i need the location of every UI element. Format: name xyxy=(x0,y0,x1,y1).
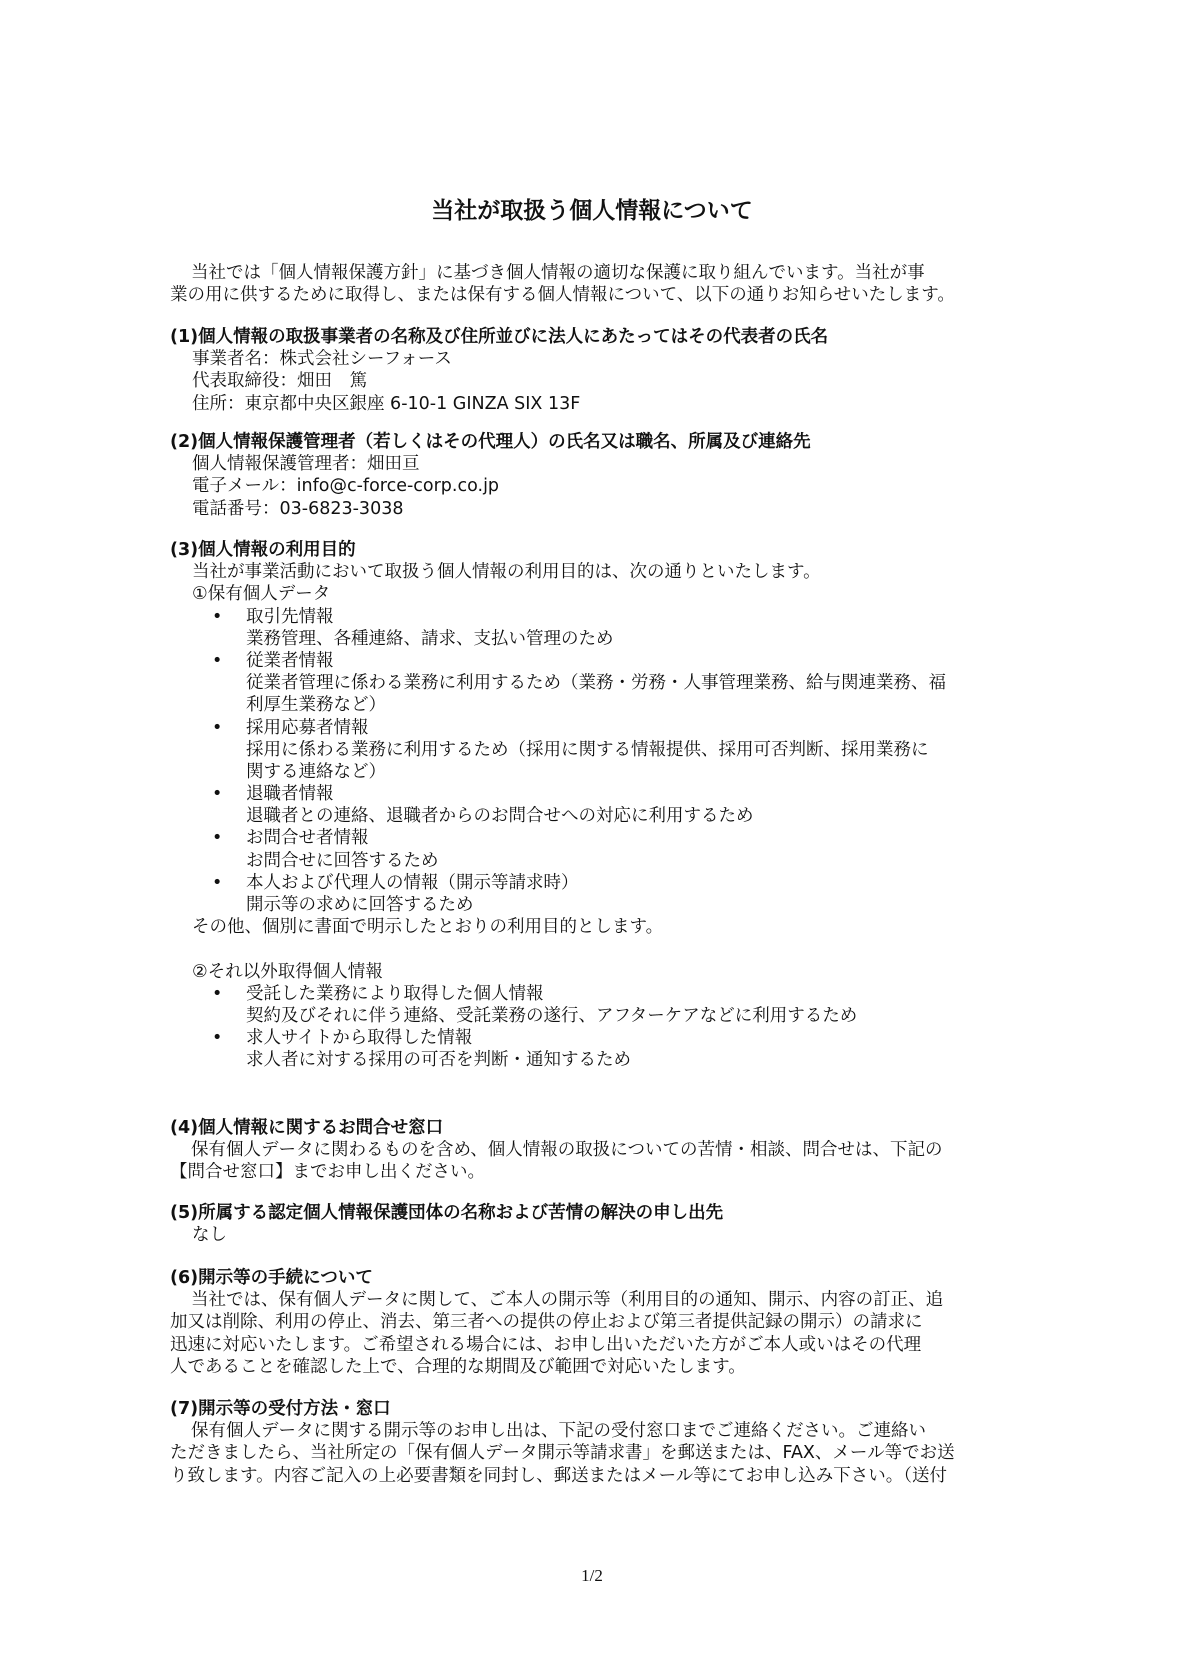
page-title: 当社が取扱う個人情報について xyxy=(0,196,1184,226)
paragraph-line: 当社では、保有個人データに関して、ご本人の開示等（利用目的の通知、開示、内容の訂… xyxy=(170,1289,1020,1311)
list-item-title: 取引先情報 xyxy=(246,607,334,627)
list-item-desc: 業務管理、各種連絡、請求、支払い管理のため xyxy=(170,628,1020,650)
subsection-label: ①保有個人データ xyxy=(170,583,1020,605)
section-heading: (3)個人情報の利用目的 xyxy=(170,539,1020,561)
intro-paragraph: 当社では「個人情報保護方針」に基づき個人情報の適切な保護に取り組んでいます。当社… xyxy=(170,262,1020,306)
list-item-desc: 採用に係わる業務に利用するため（採用に関する情報提供、採用可否判断、採用業務に xyxy=(170,739,1020,761)
list-item-title: 退職者情報 xyxy=(246,784,334,804)
section-heading: (2)個人情報保護管理者（若しくはその代理人）の氏名又は職名、所属及び連絡先 xyxy=(170,431,1020,453)
phone-number: 電話番号：03-6823-3038 xyxy=(170,498,1020,520)
list-item: •受託した業務により取得した個人情報 xyxy=(170,983,1020,1005)
paragraph-line: 人であることを確認した上で、合理的な期間及び範囲で対応いたします。 xyxy=(170,1356,1020,1378)
list-item: •本人および代理人の情報（開示等請求時） xyxy=(170,872,1020,894)
intro-line: 業の用に供するために取得し、または保有する個人情報について、以下の通りお知らせい… xyxy=(170,284,1020,306)
paragraph-line: 保有個人データに関わるものを含め、個人情報の取扱についての苦情・相談、問合せは、… xyxy=(170,1139,1020,1161)
intro-line: 当社では「個人情報保護方針」に基づき個人情報の適切な保護に取り組んでいます。当社… xyxy=(170,262,1020,284)
bullet-icon: • xyxy=(212,872,222,894)
section-heading: (4)個人情報に関するお問合せ窓口 xyxy=(170,1117,1020,1139)
section-3: (3)個人情報の利用目的 当社が事業活動において取扱う個人情報の利用目的は、次の… xyxy=(170,539,1020,1072)
list-item: •お問合せ者情報 xyxy=(170,827,1020,849)
list-item-desc: 開示等の求めに回答するため xyxy=(170,894,1020,916)
bullet-icon: • xyxy=(212,983,222,1005)
list-item-desc: 関する連絡など） xyxy=(170,761,1020,783)
list-item-desc: 退職者との連絡、退職者からのお問合せへの対応に利用するため xyxy=(170,805,1020,827)
list-item: •退職者情報 xyxy=(170,783,1020,805)
purpose-note: その他、個別に書面で明示したとおりの利用目的とします。 xyxy=(170,916,1020,938)
section-heading: (5)所属する認定個人情報保護団体の名称および苦情の解決の申し出先 xyxy=(170,1202,1020,1224)
list-item-desc: お問合せに回答するため xyxy=(170,850,1020,872)
paragraph-line: 保有個人データに関する開示等のお申し出は、下記の受付窓口までご連絡ください。ご連… xyxy=(170,1420,1020,1442)
paragraph-line: り致します。内容ご記入の上必要書類を同封し、郵送またはメール等にてお申し込み下さ… xyxy=(170,1465,1020,1487)
list-item-title: 受託した業務により取得した個人情報 xyxy=(246,984,544,1004)
list-item: •取引先情報 xyxy=(170,606,1020,628)
bullet-icon: • xyxy=(212,1027,222,1049)
list-item-title: 従業者情報 xyxy=(246,651,334,671)
subsection-label: ②それ以外取得個人情報 xyxy=(170,961,1020,983)
paragraph-line: 加又は削除、利用の停止、消去、第三者への提供の停止および第三者提供記録の開示）の… xyxy=(170,1311,1020,1333)
section-heading: (7)開示等の受付方法・窓口 xyxy=(170,1398,1020,1420)
list-item-title: 採用応募者情報 xyxy=(246,718,369,738)
list-item: •求人サイトから取得した情報 xyxy=(170,1027,1020,1049)
bullet-icon: • xyxy=(212,606,222,628)
section-heading: (1)個人情報の取扱事業者の名称及び住所並びに法人にあたってはその代表者の氏名 xyxy=(170,326,1020,348)
section-2: (2)個人情報保護管理者（若しくはその代理人）の氏名又は職名、所属及び連絡先 個… xyxy=(170,431,1020,520)
section-4: (4)個人情報に関するお問合せ窓口 保有個人データに関わるものを含め、個人情報の… xyxy=(170,1117,1020,1184)
bullet-icon: • xyxy=(212,783,222,805)
list-item-desc: 従業者管理に係わる業務に利用するため（業務・労務・人事管理業務、給与関連業務、福 xyxy=(170,672,1020,694)
document-page: 当社が取扱う個人情報について 当社では「個人情報保護方針」に基づき個人情報の適切… xyxy=(0,0,1184,1674)
bullet-icon: • xyxy=(212,827,222,849)
list-item: •従業者情報 xyxy=(170,650,1020,672)
list-item-title: 本人および代理人の情報（開示等請求時） xyxy=(246,873,579,893)
paragraph-line: なし xyxy=(170,1224,1020,1246)
section-1: (1)個人情報の取扱事業者の名称及び住所並びに法人にあたってはその代表者の氏名 … xyxy=(170,326,1020,415)
page-number: 1/2 xyxy=(0,1566,1184,1586)
section-7: (7)開示等の受付方法・窓口 保有個人データに関する開示等のお申し出は、下記の受… xyxy=(170,1398,1020,1487)
list-item-desc: 利厚生業務など） xyxy=(170,694,1020,716)
bullet-icon: • xyxy=(212,650,222,672)
section-6: (6)開示等の手続について 当社では、保有個人データに関して、ご本人の開示等（利… xyxy=(170,1267,1020,1378)
representative: 代表取締役：畑田 篤 xyxy=(170,370,1020,392)
section-heading: (6)開示等の手続について xyxy=(170,1267,1020,1289)
paragraph-line: 迅速に対応いたします。ご希望される場合には、お申し出いただいた方がご本人或いはそ… xyxy=(170,1334,1020,1356)
bullet-icon: • xyxy=(212,717,222,739)
list-item-desc: 求人者に対する採用の可否を判断・通知するため xyxy=(170,1049,1020,1071)
paragraph-line: 【問合せ窓口】までお申し出ください。 xyxy=(170,1161,1020,1183)
section-intro: 当社が事業活動において取扱う個人情報の利用目的は、次の通りといたします。 xyxy=(170,561,1020,583)
email-address: 電子メール：info@c-force-corp.co.jp xyxy=(170,475,1020,497)
section-5: (5)所属する認定個人情報保護団体の名称および苦情の解決の申し出先 なし xyxy=(170,1202,1020,1246)
list-item-title: お問合せ者情報 xyxy=(246,828,369,848)
address: 住所：東京都中央区銀座 6-10-1 GINZA SIX 13F xyxy=(170,393,1020,415)
company-name: 事業者名：株式会社シーフォース xyxy=(170,348,1020,370)
list-item-desc: 契約及びそれに伴う連絡、受託業務の遂行、アフターケアなどに利用するため xyxy=(170,1005,1020,1027)
paragraph-line: ただきましたら、当社所定の「保有個人データ開示等請求書」を郵送または、FAX、メ… xyxy=(170,1442,1020,1464)
list-item-title: 求人サイトから取得した情報 xyxy=(246,1028,472,1048)
privacy-manager: 個人情報保護管理者：畑田亘 xyxy=(170,453,1020,475)
list-item: •採用応募者情報 xyxy=(170,717,1020,739)
